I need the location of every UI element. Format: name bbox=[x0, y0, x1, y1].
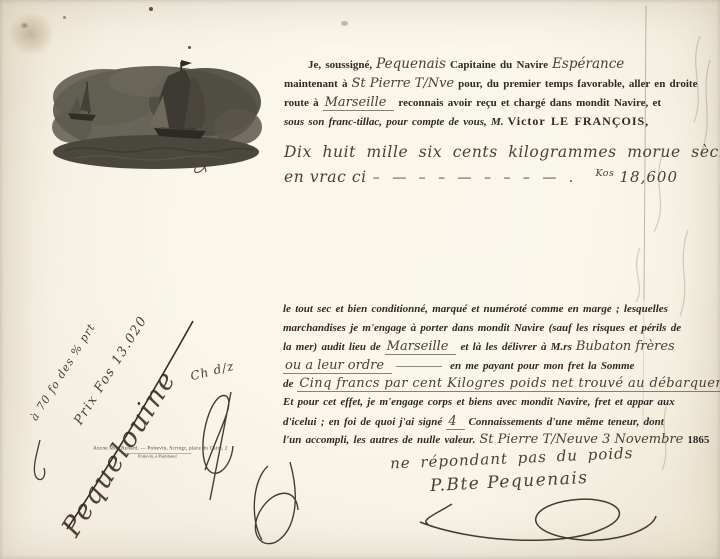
printed-text: Je, soussigné, bbox=[308, 59, 372, 71]
dash-fill: – — – – — – – – — . bbox=[367, 170, 596, 186]
margin-annotation: à 70 fo des % prt Prix Fos 13.020 Pequel… bbox=[0, 233, 238, 547]
opening-clause: Je, soussigné, Pequenais Capitaine du Na… bbox=[284, 54, 694, 130]
ink-speck bbox=[149, 7, 153, 11]
cargo-amount: Kos 18,600 bbox=[595, 167, 678, 186]
order-clause-handwritten: ou a leur ordre bbox=[283, 358, 392, 374]
printed-text: la mer) audit lieu de bbox=[283, 341, 381, 353]
shipper-name: Victor LE FRANÇOIS, bbox=[508, 114, 650, 128]
cargo-unit: Kos bbox=[595, 168, 614, 179]
body-line-5: de Cinq francs par cent Kilogres poids n… bbox=[283, 374, 698, 393]
clerk-mark-handwritten: Ch d/z bbox=[189, 359, 236, 383]
printed-text: maintenant à bbox=[284, 78, 348, 90]
printed-line-1: Je, soussigné, Pequenais Capitaine du Na… bbox=[284, 54, 694, 73]
printed-text: sous son franc-tillac, pour compte de vo… bbox=[284, 116, 504, 128]
printed-text: reconnais avoir reçu et chargé dans mond… bbox=[398, 97, 661, 109]
body-line-6: Et pour cet effet, je m'engage corps et … bbox=[283, 393, 698, 412]
cargo-declaration: Dix huit mille six cents kilogrammes mor… bbox=[284, 138, 678, 196]
copies-count-handwritten: 4 bbox=[446, 414, 464, 430]
printed-line-4: sous son franc-tillac, pour compte de vo… bbox=[284, 111, 694, 130]
paper-stain bbox=[8, 12, 54, 56]
printed-year: 1865 bbox=[687, 434, 709, 446]
conditions-paragraph: le tout sec et bien conditionné, marqué … bbox=[283, 300, 698, 449]
printer-imprint: Ancne Mon Renard. — Poitevin, Scringr, p… bbox=[93, 446, 253, 461]
printed-text: pour, du premier temps favorable, aller … bbox=[458, 78, 697, 90]
port-handwritten: St Pierre T/Nve bbox=[352, 76, 455, 91]
body-line-2: marchandises je m'engage à porter dans m… bbox=[283, 319, 698, 338]
consignee-handwritten: Bubaton frères bbox=[576, 339, 675, 354]
body-line-7: d'icelui ; en foi de quoi j'ai signé 4 C… bbox=[283, 412, 698, 431]
body-line-1: le tout sec et bien conditionné, marqué … bbox=[283, 300, 698, 319]
printed-text: l'un accompli, les autres de nulle valeu… bbox=[283, 434, 475, 446]
ink-speck bbox=[188, 46, 191, 49]
paper-stain-dark-center bbox=[20, 22, 29, 29]
delivery-place-handwritten: Marseille bbox=[385, 339, 457, 355]
signature-flourish bbox=[420, 499, 656, 540]
printed-text: et là les délivrer à M.rs bbox=[460, 341, 571, 353]
imprint-line-2: Poitevin, à Paimbœuf bbox=[124, 453, 192, 459]
printed-text: Capitaine du Navire bbox=[450, 59, 548, 71]
printed-line-2: maintenant à St Pierre T/Nve pour, du pr… bbox=[284, 73, 694, 92]
ink-speck bbox=[341, 21, 348, 26]
printed-text: Connaissements d'une même teneur, dont bbox=[469, 416, 664, 428]
body-line-3: la mer) audit lieu de Marseille et là le… bbox=[283, 337, 698, 356]
captain-name-handwritten: Pequenais bbox=[376, 56, 446, 72]
destination-handwritten: Marseille bbox=[323, 95, 395, 111]
captain-signature: P.Bte Pequenais bbox=[430, 468, 589, 496]
imprint-line-1: Ancne Mon Renard. — Poitevin, Scringr, p… bbox=[93, 446, 234, 451]
cargo-amount-value: 18,600 bbox=[620, 168, 679, 186]
cargo-line-2-handwritten: en vrac ci bbox=[284, 168, 367, 186]
blank-rule bbox=[396, 365, 442, 367]
printed-line-3: route à Marseille reconnais avoir reçu e… bbox=[284, 92, 694, 111]
cargo-line-1-handwritten: Dix huit mille six cents kilogrammes mor… bbox=[284, 138, 678, 167]
sea bbox=[53, 135, 259, 169]
ship-name-handwritten: Espérance bbox=[552, 56, 624, 72]
printed-text: route à bbox=[284, 97, 319, 109]
cargo-line-2: en vrac ci – — – – — – – – — . Kos 18,60… bbox=[284, 167, 678, 196]
ink-speck bbox=[63, 16, 66, 19]
body-line-4: ou a leur ordre en me payant pour mon fr… bbox=[283, 356, 698, 375]
printed-text: en me payant pour mon fret la Somme bbox=[450, 360, 634, 372]
printed-text: de bbox=[283, 378, 293, 390]
freight-rate-handwritten: Cinq francs par cent Kilogres poids net … bbox=[297, 376, 720, 392]
printed-text: d'icelui ; en foi de quoi j'ai signé bbox=[283, 416, 442, 428]
flourish-scribble-2 bbox=[254, 462, 298, 544]
document-page: Je, soussigné, Pequenais Capitaine du Na… bbox=[0, 0, 720, 559]
ship-engraving bbox=[50, 52, 265, 180]
